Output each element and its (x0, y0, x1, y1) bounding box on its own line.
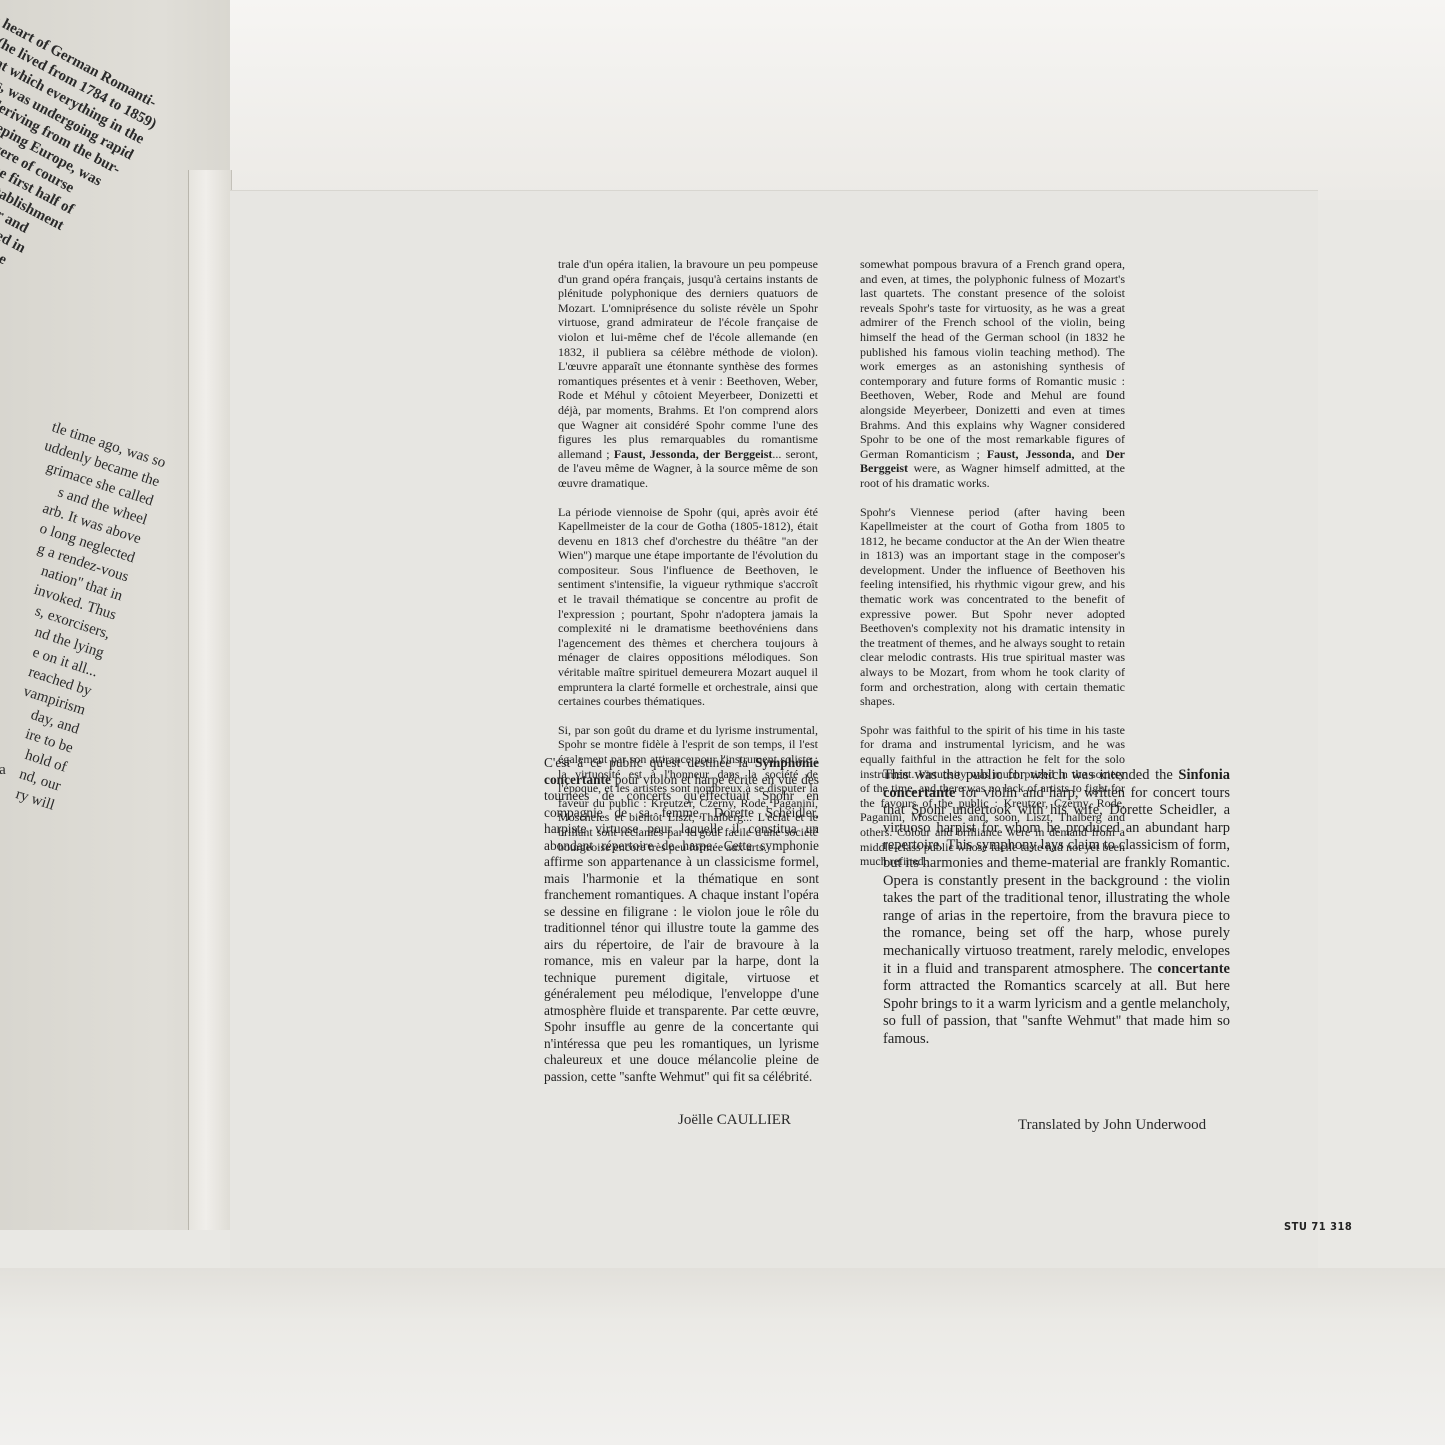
english-paragraph-1: somewhat pompous bravura of a French gra… (860, 257, 1125, 491)
french-paragraph-4: C'est à ce public qu'est destinée la Sym… (544, 755, 819, 1085)
english-paragraph-2: Spohr's Viennese period (after having be… (860, 505, 1125, 709)
catalog-number: STU 71 318 (1284, 1220, 1352, 1233)
left-page-text-bottom: pera the bi- ne d (0, 760, 40, 860)
left-page-text-middle: tle time ago, was so uddenly became the … (0, 380, 168, 816)
author-signature: Joëlle CAULLIER (678, 1112, 791, 1129)
left-page-text-top: is at the heart of German Romanti- r's w… (0, 0, 190, 448)
translator-credit: Translated by John Underwood (1018, 1117, 1206, 1134)
english-paragraph-4: This was the public for which was intend… (883, 767, 1230, 1049)
french-paragraph-1: trale d'un opéra italien, la bravoure un… (558, 257, 818, 491)
gatefold-spine (188, 170, 232, 1230)
french-column-bottom: C'est à ce public qu'est destinée la Sym… (544, 755, 819, 1099)
background-bottom (0, 1268, 1445, 1445)
english-column-bottom: This was the public for which was intend… (883, 767, 1230, 1063)
french-paragraph-2: La période viennoise de Spohr (qui, aprè… (558, 505, 818, 709)
